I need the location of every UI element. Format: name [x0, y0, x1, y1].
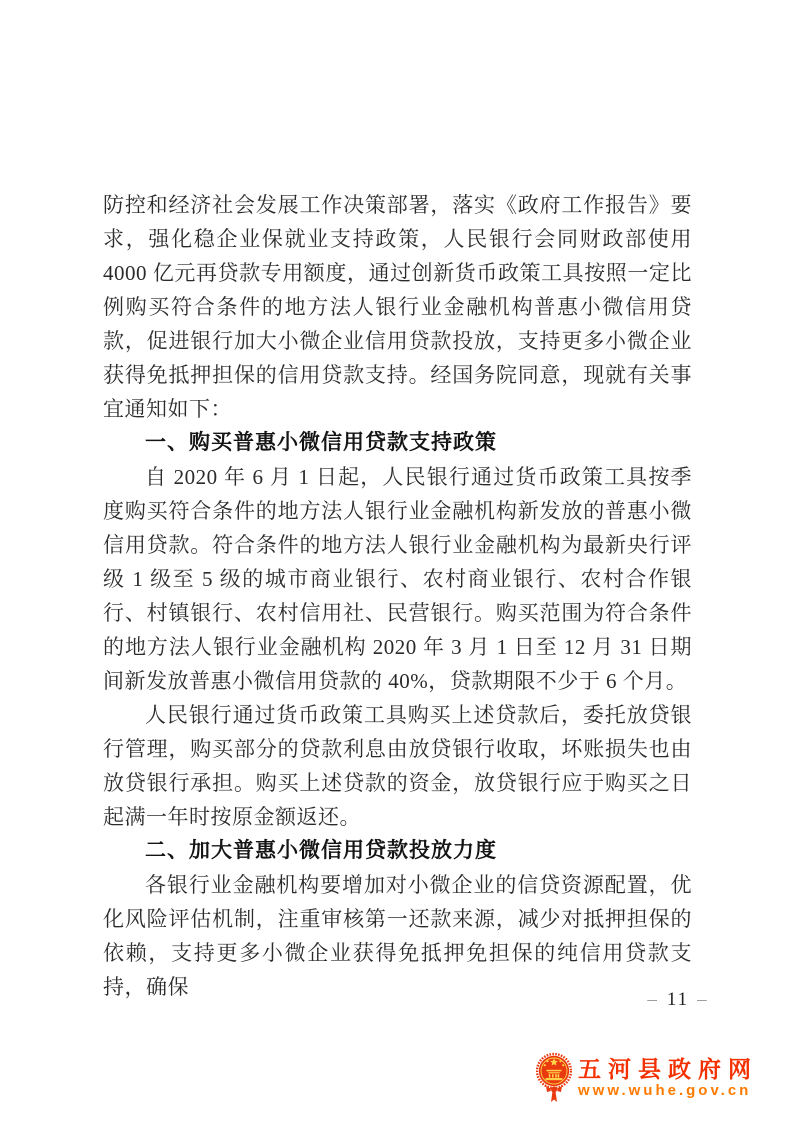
document-body: 防控和经济社会发展工作决策部署，落实《政府工作报告》要求，强化稳企业保就业支持政…: [103, 188, 692, 1004]
site-watermark: 五河县政府网 www.wuhe.gov.cn: [536, 1050, 758, 1110]
site-name: 五河县政府网: [578, 1057, 758, 1082]
page-number-dash-right: –: [697, 989, 709, 1010]
page-number: –11–: [628, 989, 728, 1011]
site-url: www.wuhe.gov.cn: [578, 1082, 758, 1099]
paragraph-continuation: 防控和经济社会发展工作决策部署，落实《政府工作报告》要求，强化稳企业保就业支持政…: [103, 188, 692, 426]
china-national-emblem-icon: [536, 1052, 572, 1110]
paragraph: 自 2020 年 6 月 1 日起，人民银行通过货币政策工具按季度购买符合条件的…: [103, 460, 692, 698]
section-heading-2: 二、加大普惠小微信用贷款投放力度: [103, 834, 692, 868]
section-heading-1: 一、购买普惠小微信用贷款支持政策: [103, 426, 692, 460]
page-number-dash-left: –: [647, 989, 659, 1010]
scanned-document-page: 防控和经济社会发展工作决策部署，落实《政府工作报告》要求，强化稳企业保就业支持政…: [0, 0, 793, 1122]
page-number-value: 11: [659, 989, 697, 1010]
paragraph: 人民银行通过货币政策工具购买上述贷款后，委托放贷银行管理，购买部分的贷款利息由放…: [103, 698, 692, 834]
site-watermark-text: 五河县政府网 www.wuhe.gov.cn: [578, 1050, 758, 1099]
paragraph: 各银行业金融机构要增加对小微企业的信贷资源配置，优化风险评估机制，注重审核第一还…: [103, 868, 692, 1004]
